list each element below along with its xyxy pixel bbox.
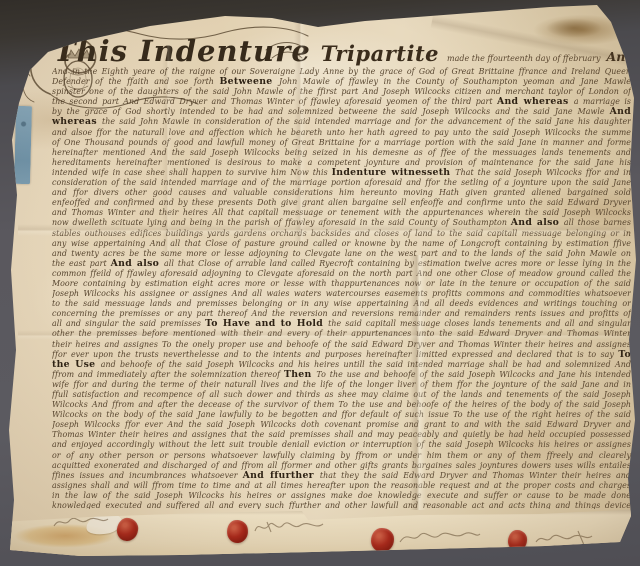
signature-ink [253, 516, 325, 538]
manuscript-emphasis-text: And ffurther [243, 470, 320, 481]
manuscript-emphasis-text: Then [284, 369, 316, 380]
document-heading: This IndentureTripartitemade the ffourte… [54, 34, 634, 68]
signature-ink [534, 528, 600, 550]
wax-seal [371, 528, 394, 552]
manuscript-emphasis-text: And whereas [497, 96, 574, 107]
parchment-sheet: This IndentureTripartitemade the ffourte… [0, 0, 640, 566]
manuscript-emphasis-text: Indenture witnesseth [332, 167, 456, 178]
wax-seal [226, 519, 249, 544]
blue-label [14, 106, 32, 184]
manuscript-emphasis-text: Betweene [220, 76, 280, 87]
photo-backdrop: This IndentureTripartitemade the ffourte… [0, 0, 640, 566]
manuscript-emphasis-text: And also [511, 217, 564, 228]
manuscript-emphasis-text: To Have and to Hold [205, 318, 328, 329]
wax-seal [507, 529, 527, 551]
heading-subtitle: Tripartite [321, 41, 439, 66]
manuscript-body: And in the Eighth yeare of the raigne of… [52, 67, 631, 509]
heading-date: Anno Dom 1711 [607, 49, 634, 64]
manuscript-emphasis-text: And also [111, 258, 164, 269]
signature-ink [398, 526, 482, 548]
bottom-fold-plica [0, 506, 640, 566]
manuscript-text: To the use and behoofe of the said Josep… [52, 370, 631, 480]
manuscript-text: all that Close of arrable land called Ry… [52, 259, 631, 329]
signature-ink [52, 512, 110, 532]
heading-continuation: made the ffourteenth day of ffebruary [447, 54, 601, 63]
heading-title: This Indenture [54, 34, 311, 68]
